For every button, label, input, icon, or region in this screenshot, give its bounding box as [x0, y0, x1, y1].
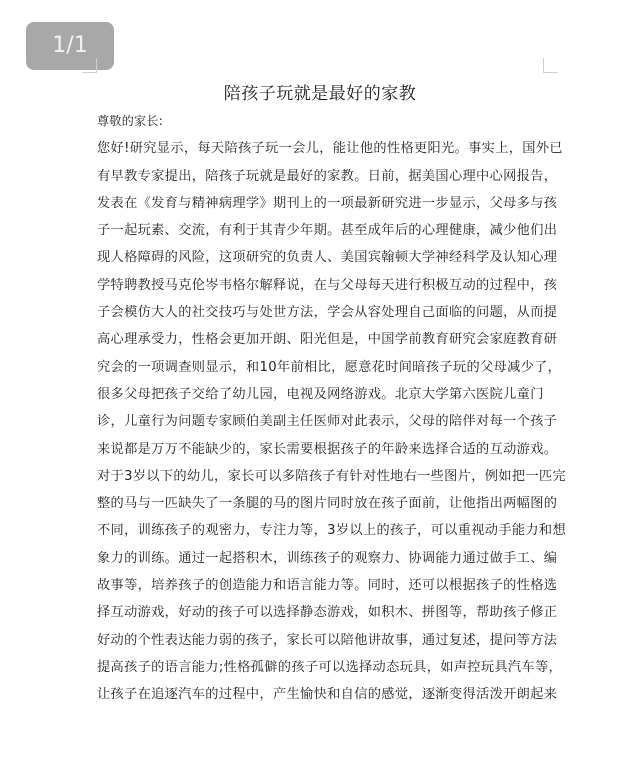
document-title: 陪孩子玩就是最好的家教	[0, 79, 640, 104]
margin-corner-mark-right	[543, 58, 558, 73]
body-line: 整的马与一匹缺失了一条腿的马的图片同时放在孩子面前，让他指出两幅图的	[97, 490, 547, 517]
body-line: 好动的个性表达能力弱的孩子，家长可以陪他讲故事，通过复述，提问等方法	[97, 627, 547, 654]
document-body: 尊敬的家长: 您好!研究显示，每天陪孩子玩一会儿，能让他的性格更阳光。事实上，国…	[97, 108, 547, 709]
body-line: 发表在《发育与精神病理学》期刊上的一项最新研究进一步显示，父母多与孩	[97, 190, 547, 217]
greeting: 尊敬的家长:	[97, 108, 547, 135]
body-line: 高心理承受力，性格会更加开朗、阳光但是，中国学前教育研究会家庭教育研	[97, 326, 547, 353]
body-line: 现人格障碍的风险，这项研究的负责人、美国宾翰顿大学神经科学及认知心理	[97, 244, 547, 271]
margin-corner-mark-left	[82, 58, 97, 73]
body-line: 象力的训练。通过一起搭积木，训练孩子的观察力、协调能力通过做手工、编	[97, 545, 547, 572]
body-line: 子一起玩素、交流，有利于其青少年期。甚至成年后的心理健康，减少他们出	[97, 217, 547, 244]
body-line: 故事等，培养孩子的创造能力和语言能力等。同时，还可以根据孩子的性格选	[97, 572, 547, 599]
body-line: 有早教专家提出，陪孩子玩就是最好的家教。日前，据美国心理中心网报告，	[97, 163, 547, 190]
body-line: 择互动游戏，好动的孩子可以选择静态游戏，如积木、拼图等，帮助孩子修正	[97, 599, 547, 626]
body-line: 诊，儿童行为问题专家顾伯美副主任医师对此表示，父母的陪伴对每一个孩子	[97, 408, 547, 435]
body-line: 提高孩子的语言能力;性格孤僻的孩子可以选择动态玩具，如声控玩具汽车等，	[97, 654, 547, 681]
body-line: 很多父母把孩子交给了幼儿园，电视及网络游戏。北京大学第六医院儿童门	[97, 381, 547, 408]
body-line: 不同，训练孩子的观密力，专注力等，3岁以上的孩子，可以重视动手能力和想	[97, 517, 547, 544]
body-line: 对于3岁以下的幼儿，家长可以多陪孩子有针对性地右一些图片，例如把一匹完	[97, 463, 547, 490]
body-line: 您好!研究显示，每天陪孩子玩一会儿，能让他的性格更阳光。事实上，国外已	[97, 135, 547, 162]
body-line: 让孩子在追逐汽车的过程中，产生愉快和自信的感觉，逐渐变得活泼开朗起来	[97, 681, 547, 708]
body-line: 子会模仿大人的社交技巧与处世方法，学会从容处理自己面临的问题，从而提	[97, 299, 547, 326]
page-indicator-badge: 1/1	[26, 22, 114, 70]
body-line: 学特聘教授马克伦岑韦格尔解释说，在与父母每天进行积极互动的过程中，孩	[97, 272, 547, 299]
body-line: 来说都是万万不能缺少的，家长需要根据孩子的年龄来选择合适的互动游戏。	[97, 436, 547, 463]
body-line: 究会的一项调查则显示，和10年前相比，愿意花时间暗孩子玩的父母减少了，	[97, 354, 547, 381]
